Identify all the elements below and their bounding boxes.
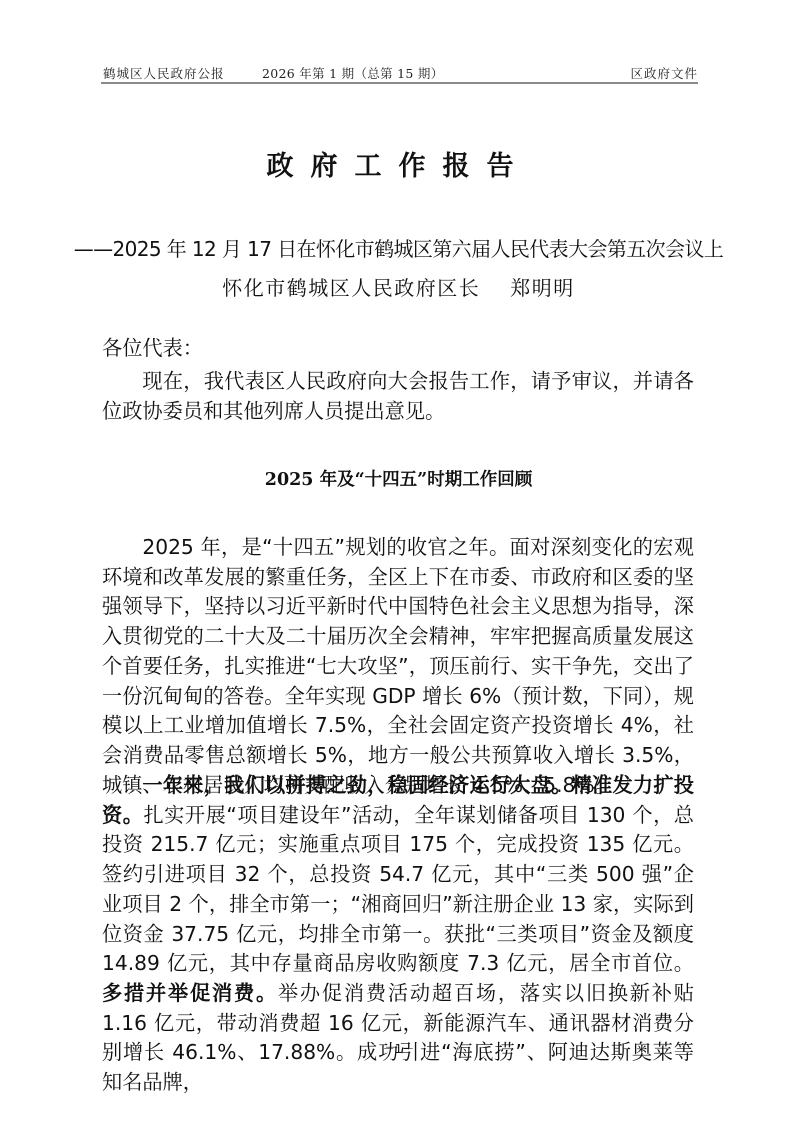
salutation-text: 各位代表： — [102, 334, 694, 364]
header-section-label: 区政府文件 — [630, 64, 698, 82]
paragraph-text-a: 扎实开展“项目建设年”活动，全年谋划储备项目 130 个，总投资 215.7 亿… — [102, 803, 694, 976]
speaker-title: 怀化市鹤城区人民政府区长 — [222, 276, 480, 300]
speaker-line: 怀化市鹤城区人民政府区长郑明明 — [0, 272, 793, 301]
bold-subheading-text: 多措并举促消费。 — [102, 981, 278, 1005]
header-publication-name: 鹤城区人民政府公报 — [103, 64, 225, 82]
salutation: 各位代表： — [102, 334, 694, 364]
document-subtitle: ——2025 年 12 月 17 日在怀化市鹤城区第六届人民代表大会第五次会议上 — [0, 233, 793, 262]
paragraph-text: 2025 年，是“十四五”规划的收官之年。面对深刻变化的宏观环境和改革发展的繁重… — [102, 533, 694, 800]
body-paragraph-1: 2025 年，是“十四五”规划的收官之年。面对深刻变化的宏观环境和改革发展的繁重… — [102, 533, 694, 800]
document-title: 政府工作报告 — [0, 144, 793, 183]
section-heading: 2025 年及“十四五”时期工作回顾 — [0, 466, 793, 491]
header-divider — [101, 82, 698, 84]
page-number: －1－ — [0, 1040, 793, 1057]
header-issue-number: 2026 年第 1 期（总第 15 期） — [262, 64, 444, 82]
intro-paragraph: 现在，我代表区人民政府向大会报告工作，请予审议，并请各位政协委员和其他列席人员提… — [102, 367, 694, 426]
intro-text: 现在，我代表区人民政府向大会报告工作，请予审议，并请各位政协委员和其他列席人员提… — [102, 367, 694, 426]
speaker-name: 郑明明 — [510, 276, 575, 300]
